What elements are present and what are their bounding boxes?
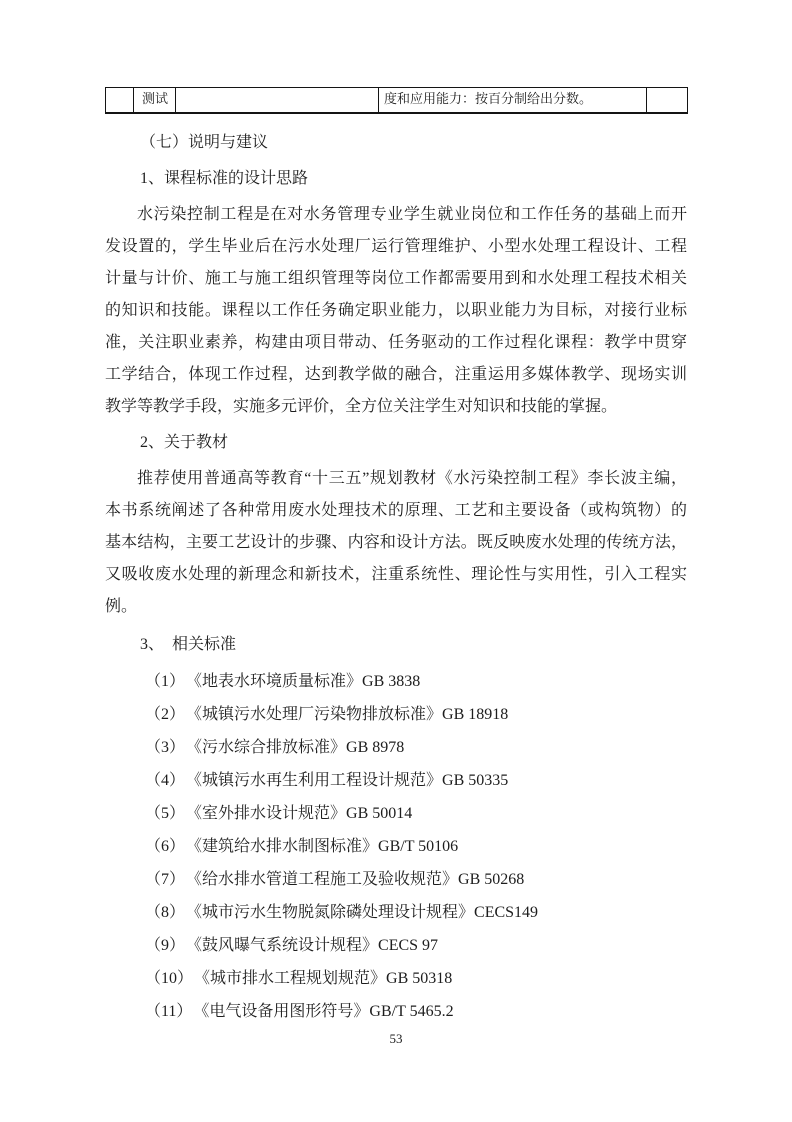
document-page: 测试 度和应用能力：按百分制给出分数。 （七）说明与建议 1、课程标准的设计思路…	[0, 0, 792, 1122]
list-item: （3）《污水综合排放标准》GB 8978	[145, 731, 687, 764]
list-item-text: 《给水排水管道工程施工及验收规范》GB 50268	[194, 871, 524, 888]
subsection-3-heading: 3、 相关标准	[105, 629, 687, 661]
list-item-text: 《室外排水设计规范》GB 50014	[194, 805, 412, 822]
subsection-1-paragraph: 水污染控制工程是在对水务管理专业学生就业岗位和工作任务的基础上而开 发设置的，学…	[105, 199, 687, 423]
list-item-number: （11）	[145, 1003, 192, 1020]
list-item-number: （3）	[145, 739, 185, 756]
paragraph-line: 教学等教学手段，实施多元评价，全方位关注学生对知识和技能的掌握。	[105, 391, 687, 423]
page-number: 53	[0, 1031, 792, 1047]
list-item: （4）《城镇污水再生利用工程设计规范》GB 50335	[145, 764, 687, 797]
list-item: （10）《城市排水工程规划规范》GB 50318	[145, 962, 687, 995]
page-content: 测试 度和应用能力：按百分制给出分数。 （七）说明与建议 1、课程标准的设计思路…	[105, 87, 687, 1028]
standards-list: （1）《地表水环境质量标准》GB 3838 （2）《城镇污水处理厂污染物排放标准…	[105, 665, 687, 1028]
list-item-number: （4）	[145, 772, 185, 789]
paragraph-line: 准，关注职业素养，构建由项目带动、任务驱动的工作过程化课程：教学中贯穿	[105, 327, 687, 359]
table-cell-empty-1	[106, 88, 134, 113]
paragraph-line: 计量与计价、施工与施工组织管理等岗位工作都需要用到和水处理工程技术相关	[105, 263, 687, 295]
list-item-number: （1）	[145, 673, 185, 690]
list-item-text: 《污水综合排放标准》GB 8978	[194, 739, 404, 756]
paragraph-line: 发设置的，学生毕业后在污水处理厂运行管理维护、小型水处理工程设计、工程	[105, 231, 687, 263]
list-item-text: 《地表水环境质量标准》GB 3838	[194, 673, 420, 690]
list-item-text: 《城镇污水再生利用工程设计规范》GB 50335	[194, 772, 508, 789]
list-item: （9）《鼓风曝气系统设计规程》CECS 97	[145, 929, 687, 962]
section-heading: （七）说明与建议	[105, 127, 687, 159]
list-item: （7）《给水排水管道工程施工及验收规范》GB 50268	[145, 863, 687, 896]
table-row: 测试 度和应用能力：按百分制给出分数。	[106, 88, 688, 113]
list-item-number: （2）	[145, 706, 185, 723]
list-item-text: 《鼓风曝气系统设计规程》CECS 97	[194, 937, 438, 954]
table-cell-test-label: 测试	[134, 88, 176, 113]
list-item-number: （10）	[145, 970, 193, 987]
list-item: （6）《建筑给水排水制图标准》GB/T 50106	[145, 830, 687, 863]
subsection-2-paragraph: 推荐使用普通高等教育“十三五”规划教材《水污染控制工程》李长波主编， 本书系统阐…	[105, 463, 687, 623]
list-item: （2）《城镇污水处理厂污染物排放标准》GB 18918	[145, 698, 687, 731]
list-item-number: （8）	[145, 904, 185, 921]
list-item: （1）《地表水环境质量标准》GB 3838	[145, 665, 687, 698]
paragraph-line: 推荐使用普通高等教育“十三五”规划教材《水污染控制工程》李长波主编，	[105, 463, 687, 495]
table-cell-empty-3	[647, 88, 688, 113]
table-cell-grading-note: 度和应用能力：按百分制给出分数。	[379, 88, 647, 113]
list-item-text: 《建筑给水排水制图标准》GB/T 50106	[194, 838, 458, 855]
paragraph-line: 本书系统阐述了各种常用废水处理技术的原理、工艺和主要设备（或构筑物）的	[105, 495, 687, 527]
paragraph-line: 的知识和技能。课程以工作任务确定职业能力，以职业能力为目标，对接行业标	[105, 295, 687, 327]
list-item-number: （7）	[145, 871, 185, 888]
paragraph-line: 基本结构，主要工艺设计的步骤、内容和设计方法。既反映废水处理的传统方法，	[105, 527, 687, 559]
list-item: （8）《城市污水生物脱氮除磷处理设计规程》CECS149	[145, 896, 687, 929]
paragraph-line: 例。	[105, 591, 687, 623]
table-cell-empty-2	[176, 88, 379, 113]
table-fragment: 测试 度和应用能力：按百分制给出分数。	[105, 87, 688, 114]
list-item-text: 《城市污水生物脱氮除磷处理设计规程》CECS149	[194, 904, 538, 921]
paragraph-line: 又吸收废水处理的新理念和新技术，注重系统性、理论性与实用性，引入工程实	[105, 559, 687, 591]
list-item-text: 《城镇污水处理厂污染物排放标准》GB 18918	[194, 706, 508, 723]
list-item-text: 《电气设备用图形符号》GB/T 5465.2	[201, 1003, 453, 1020]
list-item: （11）《电气设备用图形符号》GB/T 5465.2	[145, 995, 687, 1028]
paragraph-line: 工学结合，体现工作过程，达到教学做的融合，注重运用多媒体教学、现场实训	[105, 359, 687, 391]
list-item-number: （6）	[145, 838, 185, 855]
list-item: （5）《室外排水设计规范》GB 50014	[145, 797, 687, 830]
list-item-number: （5）	[145, 805, 185, 822]
list-item-number: （9）	[145, 937, 185, 954]
list-item-text: 《城市排水工程规划规范》GB 50318	[202, 970, 452, 987]
paragraph-line: 水污染控制工程是在对水务管理专业学生就业岗位和工作任务的基础上而开	[105, 199, 687, 231]
subsection-1-heading: 1、课程标准的设计思路	[105, 163, 687, 195]
subsection-2-heading: 2、关于教材	[105, 427, 687, 459]
